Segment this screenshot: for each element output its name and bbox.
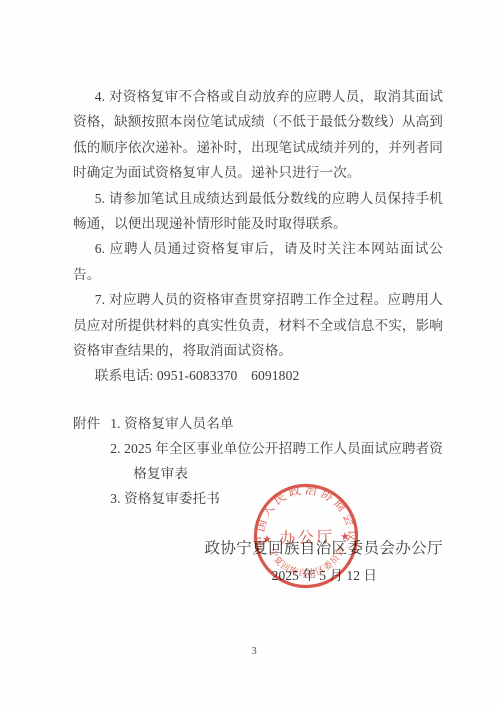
signature-block: 政协宁夏回族自治区委员会办公厅 2025 年 5 月 12 日 [73,539,443,586]
issue-date: 2025 年 5 月 12 日 [73,566,443,586]
issuer-name: 政协宁夏回族自治区委员会办公厅 [73,539,443,559]
attachments-block: 附件 1. 资格复审人员名单 2. 2025 年全区事业单位公开招聘工作人员面试… [73,411,443,511]
attachments-label: 附件 [73,411,100,511]
paragraph-7: 7. 对应聘人员的资格审查贯穿招聘工作全过程。应聘用人员应对所提供材料的真实性负… [73,287,443,363]
document-page: 4. 对资格复审不合格或自动放弃的应聘人员，取消其面试资格，缺额按照本岗位笔试成… [0,0,500,707]
document-body: 4. 对资格复审不合格或自动放弃的应聘人员，取消其面试资格，缺额按照本岗位笔试成… [73,84,443,586]
attachment-item-2: 2. 2025 年全区事业单位公开招聘工作人员面试应聘者资格复审表 [110,436,443,486]
paragraph-5: 5. 请参加笔试且成绩达到最低分数线的应聘人员保持手机畅通，以便出现递补情形时能… [73,186,443,237]
attachment-item-1: 1. 资格复审人员名单 [110,411,443,436]
contact-line: 联系电话: 0951-6083370 6091802 [73,363,443,388]
paragraph-6: 6. 应聘人员通过资格复审后，请及时关注本网站面试公告。 [73,236,443,287]
page-number: 3 [0,645,500,657]
attachment-item-3: 3. 资格复审委托书 [110,486,443,511]
attachments-list: 1. 资格复审人员名单 2. 2025 年全区事业单位公开招聘工作人员面试应聘者… [110,411,443,511]
paragraph-4: 4. 对资格复审不合格或自动放弃的应聘人员，取消其面试资格，缺额按照本岗位笔试成… [73,84,443,186]
